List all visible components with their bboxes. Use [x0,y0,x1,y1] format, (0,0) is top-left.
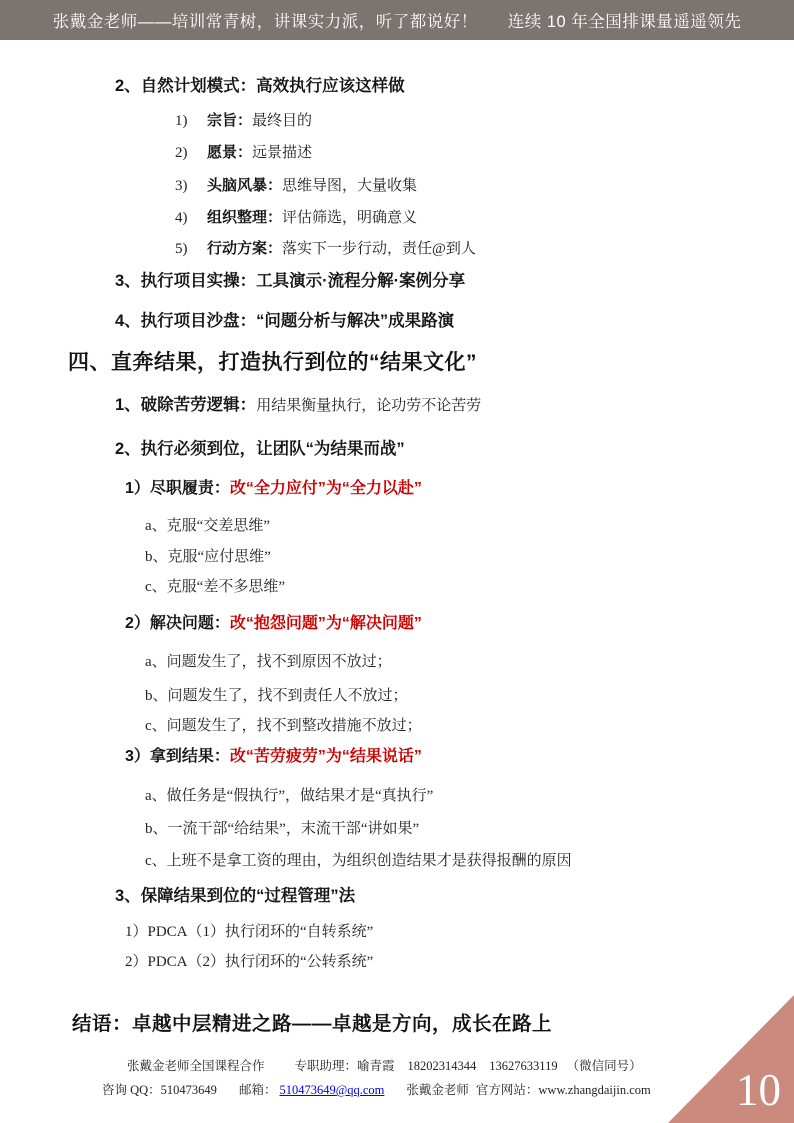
subpoint-3-label: 3）拿到结果： [125,748,230,765]
subpoint-2-item-b: b、问题发生了，找不到责任人不放过； [145,685,794,707]
footer-mail-label: 邮箱： [239,1080,277,1098]
conclusion-line: 结语：卓越中层精进之路——卓越是方向，成长在路上 [72,1008,552,1036]
subpoint-2-label: 2）解决问题： [125,615,230,632]
subpoint-3-red-text: 改“苦劳疲劳”为“结果说话” [230,748,422,765]
subpoint-3-item-a: a、做任务是“假执行”，做结果才是“真执行” [145,785,794,807]
plan-step: 3)头脑风暴：思维导图，大量收集 [175,175,794,197]
subpoint-3-item-b: b、一流干部“给结果”，末流干部“讲如果” [145,818,794,840]
plan-step-label: 头脑风暴： [207,177,282,194]
plan-step: 2)愿景：远景描述 [175,142,794,164]
footer-website: 官方网站：www.zhangdaijin.com [476,1080,651,1098]
subpoint-1-item-b: b、克服“应付思维” [145,546,794,568]
footer-contact-line-1: 张戴金老师全国课程合作 专职助理：喻青霞 18202314344 1362763… [127,1056,642,1074]
subpoint-3-item-c: c、上班不是拿工资的理由，为组织创造结果才是获得报酬的原因 [145,850,794,872]
subpoint-1-item-a: a、克服“交差思维” [145,515,794,537]
header-slogan-right: 连续 10 年全国排课量遥遥领先 [508,8,742,32]
subpoint-2-item-a: a、问题发生了，找不到原因不放过； [145,651,794,673]
plan-step: 5)行动方案：落实下一步行动，责任@到人 [175,238,794,260]
footer-wechat-note: （微信同号） [567,1056,642,1074]
outline-item-4-title: 4、执行项目沙盘：“问题分析与解决”成果路演 [115,310,794,332]
plan-step: 4)组织整理：评估筛选，明确意义 [175,207,794,229]
outline-item-3-title: 3、执行项目实操：工具演示·流程分解·案例分享 [115,270,794,292]
page-number: 10 [736,1068,781,1113]
pdca-item-1: 1）PDCA（1）执行闭环的“自转系统” [125,921,794,943]
subpoint-1-red-text: 改“全力应付”为“全力以赴” [230,480,422,497]
plan-step-number: 1) [175,110,207,132]
outline-item-2-title: 2、自然计划模式：高效执行应该这样做 [115,75,794,97]
footer-teacher-name: 张戴金老师 [406,1080,469,1098]
plan-step: 1)宗旨：最终目的 [175,110,794,132]
section4-point-3: 3、保障结果到位的“过程管理”法 [115,885,794,907]
plan-step-text: 思维导图，大量收集 [282,178,417,194]
plan-step-label: 行动方案： [207,240,282,257]
subpoint-2-item-c: c、问题发生了，找不到整改措施不放过； [145,715,794,737]
footer-assistant: 专职助理：喻青霞 [295,1056,395,1074]
document-body: 2、自然计划模式：高效执行应该这样做 1)宗旨：最终目的 2)愿景：远景描述 3… [0,40,794,973]
footer-email-link[interactable]: 510473649@qq.com [279,1083,384,1098]
subpoint-3-heading: 3）拿到结果：改“苦劳疲劳”为“结果说话” [125,746,794,768]
plan-step-number: 5) [175,238,207,260]
subpoint-1-label: 1）尽职履责： [125,480,230,497]
plan-step-text: 评估筛选，明确意义 [282,210,417,226]
plan-step-text: 远景描述 [252,145,312,161]
pdca-item-2: 2）PDCA（2）执行闭环的“公转系统” [125,951,794,973]
plan-step-label: 宗旨： [207,112,252,129]
plan-step-number: 4) [175,207,207,229]
point-1-text: 用结果衡量执行，论功劳不论苦劳 [256,398,481,414]
document-page: 张戴金老师——培训常青树，讲课实力派，听了都说好！ 连续 10 年全国排课量遥遥… [0,0,794,1123]
plan-step-text: 最终目的 [252,113,312,129]
point-1-label: 1、破除苦劳逻辑： [115,396,256,414]
footer-phone-1: 18202314344 [408,1059,477,1074]
plan-step-number: 2) [175,142,207,164]
section4-point-2: 2、执行必须到位，让团队“为结果而战” [115,438,794,460]
footer-contact-line-2: 咨询 QQ：510473649 邮箱： 510473649@qq.com 张戴金… [102,1080,651,1098]
plan-step-number: 3) [175,175,207,197]
subpoint-2-red-text: 改“抱怨问题”为“解决问题” [230,615,422,632]
subpoint-1-item-c: c、克服“差不多思维” [145,576,794,598]
subpoint-1-heading: 1）尽职履责：改“全力应付”为“全力以赴” [125,478,794,500]
header-slogan-left: 张戴金老师——培训常青树，讲课实力派，听了都说好！ [53,8,478,32]
header-banner: 张戴金老师——培训常青树，讲课实力派，听了都说好！ 连续 10 年全国排课量遥遥… [0,0,794,40]
plan-step-label: 组织整理： [207,209,282,226]
section-4-heading: 四、直奔结果，打造执行到位的“结果文化” [68,348,794,378]
footer-phone-2: 13627633119 [489,1059,557,1074]
plan-step-text: 落实下一步行动，责任@到人 [282,241,476,257]
plan-step-label: 愿景： [207,144,252,161]
section4-point-1: 1、破除苦劳逻辑：用结果衡量执行，论功劳不论苦劳 [115,394,794,417]
subpoint-2-heading: 2）解决问题：改“抱怨问题”为“解决问题” [125,613,794,635]
footer-cooperation: 张戴金老师全国课程合作 [127,1056,265,1074]
footer-qq: 咨询 QQ：510473649 [102,1080,217,1098]
